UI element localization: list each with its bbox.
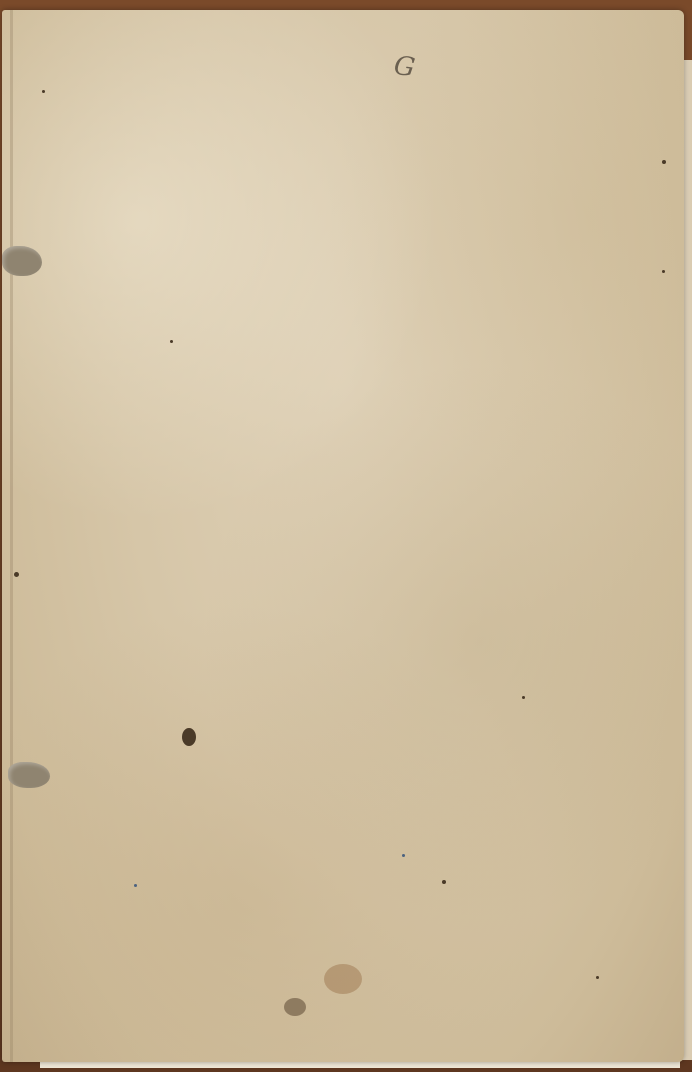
spine-fold — [10, 10, 13, 1062]
binding-tear-bottom — [8, 762, 50, 788]
speck — [14, 572, 19, 577]
speck — [402, 854, 405, 857]
speck — [596, 976, 599, 979]
dark-speck — [182, 728, 196, 746]
speck — [442, 880, 446, 884]
binding-tear-top — [2, 246, 42, 276]
speck — [662, 160, 666, 164]
speck — [42, 90, 45, 93]
dark-smudge — [284, 998, 306, 1016]
pencil-mark: G — [392, 51, 417, 84]
brown-stain — [324, 964, 362, 994]
speck — [662, 270, 665, 273]
speck — [134, 884, 137, 887]
speck — [522, 696, 525, 699]
speck — [170, 340, 173, 343]
book-cover: G — [2, 10, 684, 1062]
